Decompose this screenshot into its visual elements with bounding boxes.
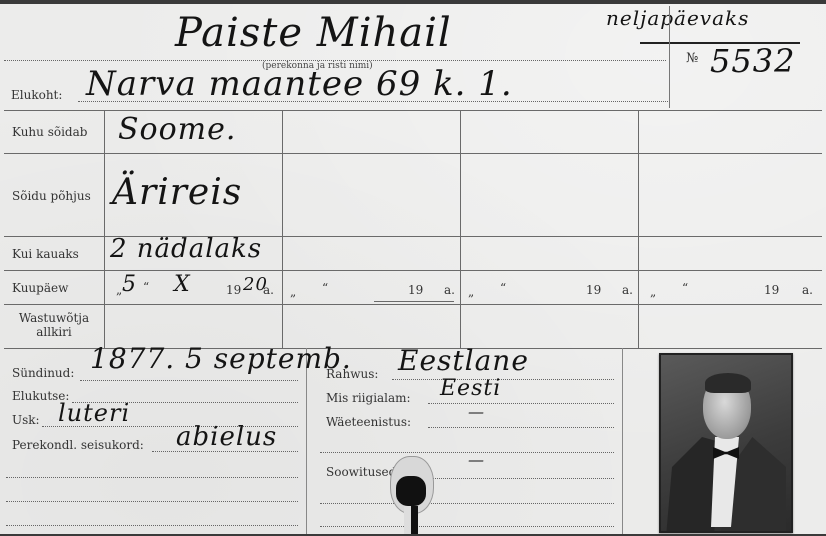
duration-label: Kui kauaks bbox=[12, 247, 79, 261]
grid-line bbox=[4, 304, 822, 305]
number-label: № bbox=[686, 51, 698, 66]
residence-label: Elukoht: bbox=[11, 88, 62, 102]
clip-hole bbox=[396, 476, 426, 506]
date-cell-4-close-quote: “ bbox=[682, 281, 688, 295]
grid-col-line bbox=[282, 110, 283, 348]
date-cell-4-century: 19 bbox=[764, 283, 779, 297]
date-cell-4-open-quote: „ bbox=[650, 285, 656, 299]
state-dotted-line bbox=[428, 403, 614, 404]
date-cell-3-suffix: a. bbox=[622, 283, 633, 297]
duration-value: 2 nädalaks bbox=[110, 234, 262, 264]
date-cell-3-century: 19 bbox=[586, 283, 601, 297]
bottom-divider-right bbox=[622, 348, 623, 534]
bottom-divider-left bbox=[306, 348, 307, 534]
military-label: Wäeteenistus: bbox=[326, 415, 411, 429]
receiver-signature-label-line2: allkiri bbox=[12, 325, 96, 339]
state-label: Mis riigialam: bbox=[326, 391, 411, 405]
receiver-signature-label-line1: Wastuwõtja bbox=[12, 311, 96, 325]
marital-status-label: Perekondl. seisukord: bbox=[12, 438, 144, 452]
date-cell-1-month: X bbox=[174, 272, 191, 297]
grid-line bbox=[4, 270, 822, 271]
state-value: Eesti bbox=[440, 376, 501, 401]
grid-top-border bbox=[4, 110, 822, 111]
date-label: Kuupäew bbox=[12, 281, 68, 295]
religion-label: Usk: bbox=[12, 413, 40, 427]
nationality-dotted-line bbox=[392, 379, 614, 380]
marital-status-value: abielus bbox=[176, 422, 277, 452]
date-cell-2-suffix: a. bbox=[444, 283, 455, 297]
military-dotted-line bbox=[428, 427, 614, 428]
date-cell-4-suffix: a. bbox=[802, 283, 813, 297]
grid-col-line bbox=[638, 110, 639, 348]
date-cell-1-close-quote: “ bbox=[143, 280, 149, 294]
blank-dotted-line bbox=[320, 452, 614, 453]
date-cell-2-close-quote: “ bbox=[322, 281, 328, 295]
blank-dotted-line bbox=[6, 477, 298, 478]
binder-clip bbox=[390, 456, 432, 534]
date-cell-1-suffix: a. bbox=[263, 283, 274, 297]
religion-value: luteri bbox=[58, 399, 130, 427]
receiver-signature-label: Wastuwõtja allkiri bbox=[12, 311, 96, 339]
name-handwritten: Paiste Mihail bbox=[175, 10, 452, 56]
grid-col-line bbox=[460, 110, 461, 348]
nationality-value: Eestlane bbox=[398, 344, 529, 377]
blank-dotted-line bbox=[320, 503, 614, 504]
duration-note: neljapäevaks bbox=[606, 6, 749, 30]
blank-dotted-line bbox=[320, 526, 614, 527]
residence-value: Narva maantee 69 k. 1. bbox=[86, 64, 513, 104]
travel-reason-value: Ärireis bbox=[112, 172, 242, 213]
marital-dotted-line bbox=[152, 451, 298, 452]
blank-dotted-line bbox=[6, 501, 298, 502]
photo-hair bbox=[705, 373, 751, 393]
destination-value: Soome. bbox=[118, 112, 236, 147]
military-value: — bbox=[468, 402, 485, 421]
extra-dash-value: — bbox=[468, 450, 485, 469]
born-label: Sündinud: bbox=[12, 366, 74, 380]
grid-col-line bbox=[104, 110, 105, 348]
date-cell-2-century: 19 bbox=[408, 283, 423, 297]
born-value: 1877. 5 septemb. bbox=[90, 342, 352, 375]
date-cell-3-open-quote: „ bbox=[468, 285, 474, 299]
destination-label: Kuhu sõidab bbox=[12, 125, 87, 139]
number-value: 5532 bbox=[710, 42, 795, 80]
travel-reason-label: Sõidu põhjus bbox=[12, 189, 91, 203]
date-cell-2-year-underline bbox=[374, 301, 454, 302]
clip-stem bbox=[404, 506, 418, 534]
date-cell-2-open-quote: „ bbox=[290, 285, 296, 299]
portrait-photo bbox=[659, 353, 793, 533]
residence-dotted-line bbox=[78, 101, 668, 102]
passport-register-card: Paiste Mihail neljapäevaks (perekonna ja… bbox=[0, 4, 826, 534]
born-dotted-line bbox=[80, 380, 298, 381]
date-cell-1-century: 19 bbox=[226, 283, 241, 297]
blank-dotted-line bbox=[6, 525, 298, 526]
number-divider bbox=[669, 6, 670, 108]
nationality-label: Rahwus: bbox=[326, 367, 378, 381]
grid-line bbox=[4, 153, 822, 154]
date-cell-3-close-quote: “ bbox=[500, 281, 506, 295]
date-cell-1-day: 5 bbox=[122, 272, 137, 297]
